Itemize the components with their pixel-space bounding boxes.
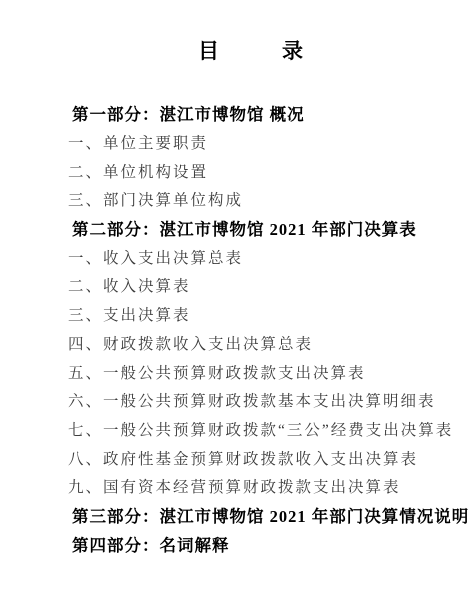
- document-page: 目 录 第一部分：湛江市博物馆 概况 一、单位主要职责 二、单位机构设置 三、部…: [0, 0, 473, 600]
- page-title-char-left: 目: [198, 38, 219, 64]
- toc-item: 二、收入决算表: [0, 271, 473, 300]
- toc-item: 七、一般公共预算财政拨款“三公”经费支出决算表: [0, 415, 473, 444]
- toc-item: 八、政府性基金预算财政拨款收入支出决算表: [0, 443, 473, 472]
- toc-item: 一、收入支出决算总表: [0, 242, 473, 271]
- toc-item: 一、单位主要职责: [0, 128, 473, 157]
- toc-item: 六、一般公共预算财政拨款基本支出决算明细表: [0, 386, 473, 415]
- toc-item: 四、财政拨款收入支出决算总表: [0, 329, 473, 358]
- toc-heading-part-4: 第四部分：名词解释: [0, 529, 473, 558]
- table-of-contents: 第一部分：湛江市博物馆 概况 一、单位主要职责 二、单位机构设置 三、部门决算单…: [0, 99, 473, 558]
- toc-heading-part-1: 第一部分：湛江市博物馆 概况: [0, 99, 473, 128]
- toc-item: 九、国有资本经营预算财政拨款支出决算表: [0, 472, 473, 501]
- toc-item: 五、一般公共预算财政拨款支出决算表: [0, 357, 473, 386]
- toc-item: 三、支出决算表: [0, 300, 473, 329]
- toc-heading-part-3: 第三部分：湛江市博物馆 2021 年部门决算情况说明: [0, 501, 473, 530]
- toc-item: 三、部门决算单位构成: [0, 185, 473, 214]
- toc-heading-part-2: 第二部分：湛江市博物馆 2021 年部门决算表: [0, 214, 473, 243]
- page-title-char-right: 录: [282, 38, 303, 64]
- page-title: 目 录: [198, 38, 303, 64]
- toc-item: 二、单位机构设置: [0, 156, 473, 185]
